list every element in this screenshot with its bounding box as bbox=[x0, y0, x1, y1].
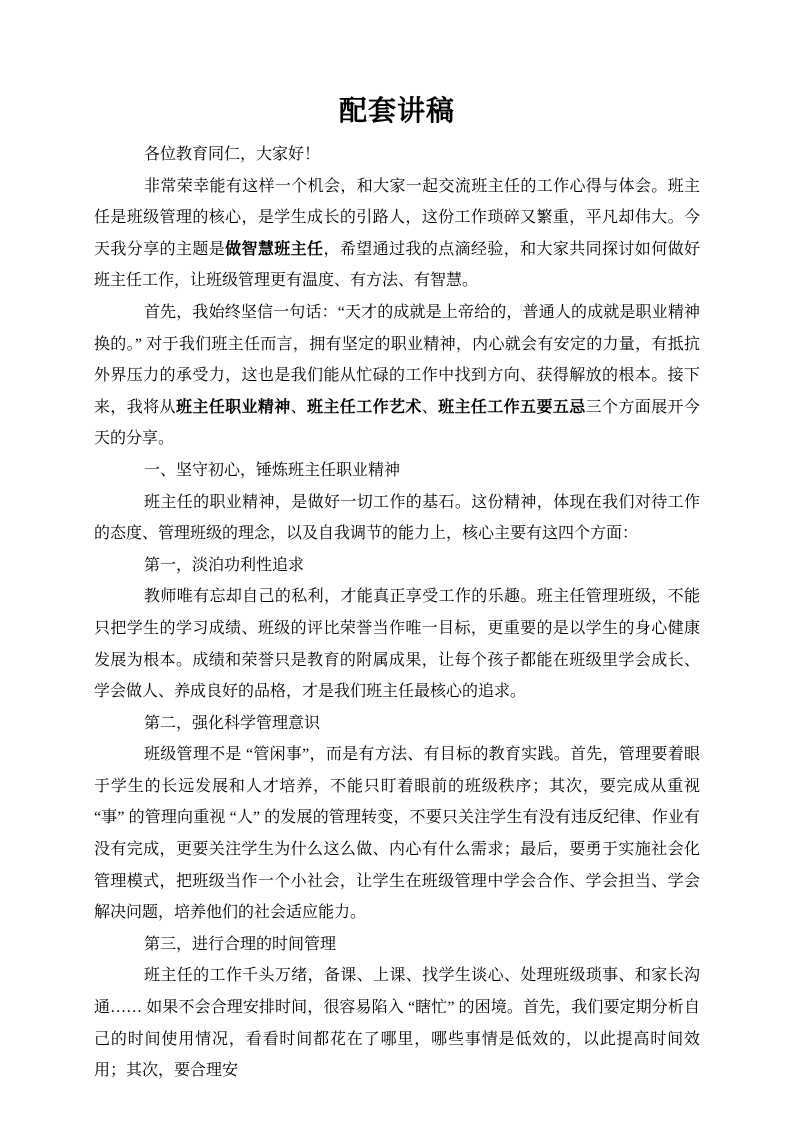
bold-text-run: 做智慧班主任 bbox=[225, 241, 323, 258]
text-run: 班主任的工作千头万绪，备课、上课、找学生谈心、处理班级琐事、和家长沟通…… 如果… bbox=[94, 967, 700, 1079]
document-body: 各位教育同仁，大家好！非常荣幸能有这样一个机会，和大家一起交流班主任的工作心得与… bbox=[94, 139, 700, 1087]
paragraph: 第二，强化科学管理意识 bbox=[94, 708, 700, 740]
paragraph: 非常荣幸能有这样一个机会，和大家一起交流班主任的工作心得与体会。班主任是班级管理… bbox=[94, 171, 700, 297]
text-run: 班主任的职业精神，是做好一切工作的基石。这份精神，体现在我们对待工作的态度、管理… bbox=[94, 494, 700, 543]
text-run: 第三，进行合理的时间管理 bbox=[144, 936, 336, 953]
text-run: 第二，强化科学管理意识 bbox=[144, 715, 320, 732]
paragraph: 一、坚守初心，锤炼班主任职业精神 bbox=[94, 455, 700, 487]
paragraph: 教师唯有忘却自己的私利，才能真正享受工作的乐趣。班主任管理班级，不能只把学生的学… bbox=[94, 581, 700, 707]
text-run: 班级管理不是 “管闲事”，而是有方法、有目标的教育实践。首先，管理要着眼于学生的… bbox=[94, 746, 700, 921]
paragraph: 班级管理不是 “管闲事”，而是有方法、有目标的教育实践。首先，管理要着眼于学生的… bbox=[94, 739, 700, 929]
bold-text-run: 班主任工作五要五忌 bbox=[438, 399, 585, 416]
paragraph: 班主任的职业精神，是做好一切工作的基石。这份精神，体现在我们对待工作的态度、管理… bbox=[94, 487, 700, 550]
text-run: 一、坚守初心，锤炼班主任职业精神 bbox=[144, 462, 400, 479]
paragraph: 第一，淡泊功利性追求 bbox=[94, 550, 700, 582]
text-run: 各位教育同仁，大家好！ bbox=[144, 146, 320, 163]
paragraph: 第三，进行合理的时间管理 bbox=[94, 929, 700, 961]
paragraph: 各位教育同仁，大家好！ bbox=[94, 139, 700, 171]
bold-text-run: 班主任职业精神 bbox=[176, 399, 291, 416]
paragraph: 首先，我始终坚信一句话：“天才的成就是上帝给的，普通人的成就是职业精神换的。” … bbox=[94, 297, 700, 455]
text-run: 、 bbox=[291, 399, 307, 416]
text-run: 教师唯有忘却自己的私利，才能真正享受工作的乐趣。班主任管理班级，不能只把学生的学… bbox=[94, 588, 700, 700]
document-title: 配套讲稿 bbox=[94, 93, 700, 131]
text-run: 、 bbox=[422, 399, 438, 416]
document-page: 配套讲稿 各位教育同仁，大家好！非常荣幸能有这样一个机会，和大家一起交流班主任的… bbox=[0, 0, 794, 1123]
paragraph: 班主任的工作千头万绪，备课、上课、找学生谈心、处理班级琐事、和家长沟通…… 如果… bbox=[94, 960, 700, 1086]
text-run: 第一，淡泊功利性追求 bbox=[144, 557, 304, 574]
bold-text-run: 班主任工作艺术 bbox=[307, 399, 422, 416]
